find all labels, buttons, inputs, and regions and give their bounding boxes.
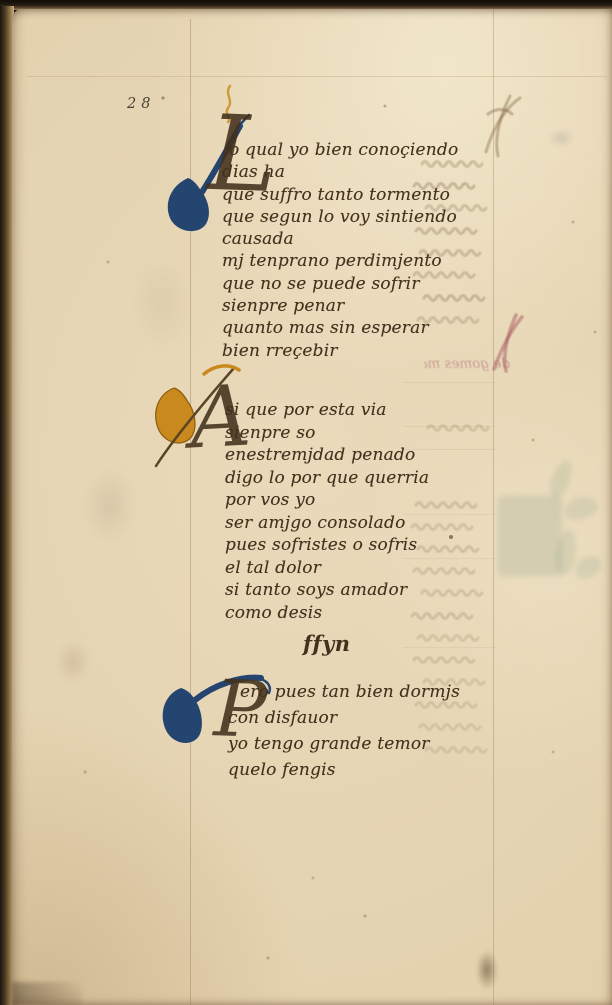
poem-line: como desis bbox=[225, 602, 429, 625]
poem-line: si que por esta via bbox=[225, 399, 429, 422]
bleedthrough-gray-curl bbox=[548, 129, 574, 147]
poem-line: dias ha bbox=[222, 161, 458, 183]
poem-line: el tal dolor bbox=[225, 557, 429, 580]
poem-line: ser amjgo consolado bbox=[225, 512, 429, 535]
poem-line: quelo fengis bbox=[228, 757, 460, 783]
stanza-3: ero pues tan bien dormjs con disfauor yo… bbox=[228, 679, 460, 783]
stain bbox=[84, 468, 136, 542]
stain bbox=[132, 259, 192, 349]
poem-line: o qual yo bien conoçiendo bbox=[222, 139, 458, 161]
poem-line: sienpre penar bbox=[222, 295, 458, 317]
bleedthrough-foliage bbox=[546, 457, 577, 501]
poem-line: causada bbox=[222, 228, 458, 250]
poem-line: que no se puede sofrir bbox=[222, 273, 458, 295]
poem-line: que segun lo voy sintiendo bbox=[222, 206, 458, 228]
poem-line: mj tenprano perdimjento bbox=[222, 250, 458, 272]
poem-line: digo lo por que querria bbox=[225, 467, 429, 490]
ruling-line-top bbox=[27, 76, 607, 77]
poem-line: que suffro tanto tormento bbox=[222, 184, 458, 206]
folio-number: 28 bbox=[127, 96, 155, 112]
bleedthrough-red-flourish bbox=[490, 313, 526, 375]
poem-line: bien rreçebir bbox=[222, 340, 458, 362]
bleedthrough-initial-block bbox=[498, 496, 562, 576]
bleedthrough-brown-flourish bbox=[480, 94, 526, 160]
fin-label: ffyn bbox=[303, 631, 351, 656]
poem-line: ero pues tan bien dormjs bbox=[228, 679, 460, 705]
stanza-2: si que por esta via sienpre so enestremj… bbox=[225, 399, 429, 624]
bleedthrough-foliage bbox=[562, 493, 601, 523]
bleedthrough-foliage bbox=[571, 551, 605, 582]
manuscript-photo: 28 bbox=[0, 0, 612, 1005]
ink-specks bbox=[12, 9, 14, 11]
stanza-1: o qual yo bien conoçiendo dias ha que su… bbox=[222, 139, 458, 362]
stain bbox=[12, 982, 82, 1005]
poem-line: por vos yo bbox=[225, 489, 429, 512]
poem-line: si tanto soys amador bbox=[225, 579, 429, 602]
poem-line: quanto mas sin esperar bbox=[222, 317, 458, 339]
stain bbox=[476, 950, 498, 990]
poem-line: sienpre so bbox=[225, 422, 429, 445]
manuscript-page: 28 bbox=[12, 9, 612, 1005]
stain bbox=[56, 640, 90, 684]
poem-line: yo tengo grande temor bbox=[228, 731, 460, 757]
poem-line: enestremjdad penado bbox=[225, 444, 429, 467]
poem-line: con disfauor bbox=[228, 705, 460, 731]
poem-line: pues sofristes o sofris bbox=[225, 534, 429, 557]
